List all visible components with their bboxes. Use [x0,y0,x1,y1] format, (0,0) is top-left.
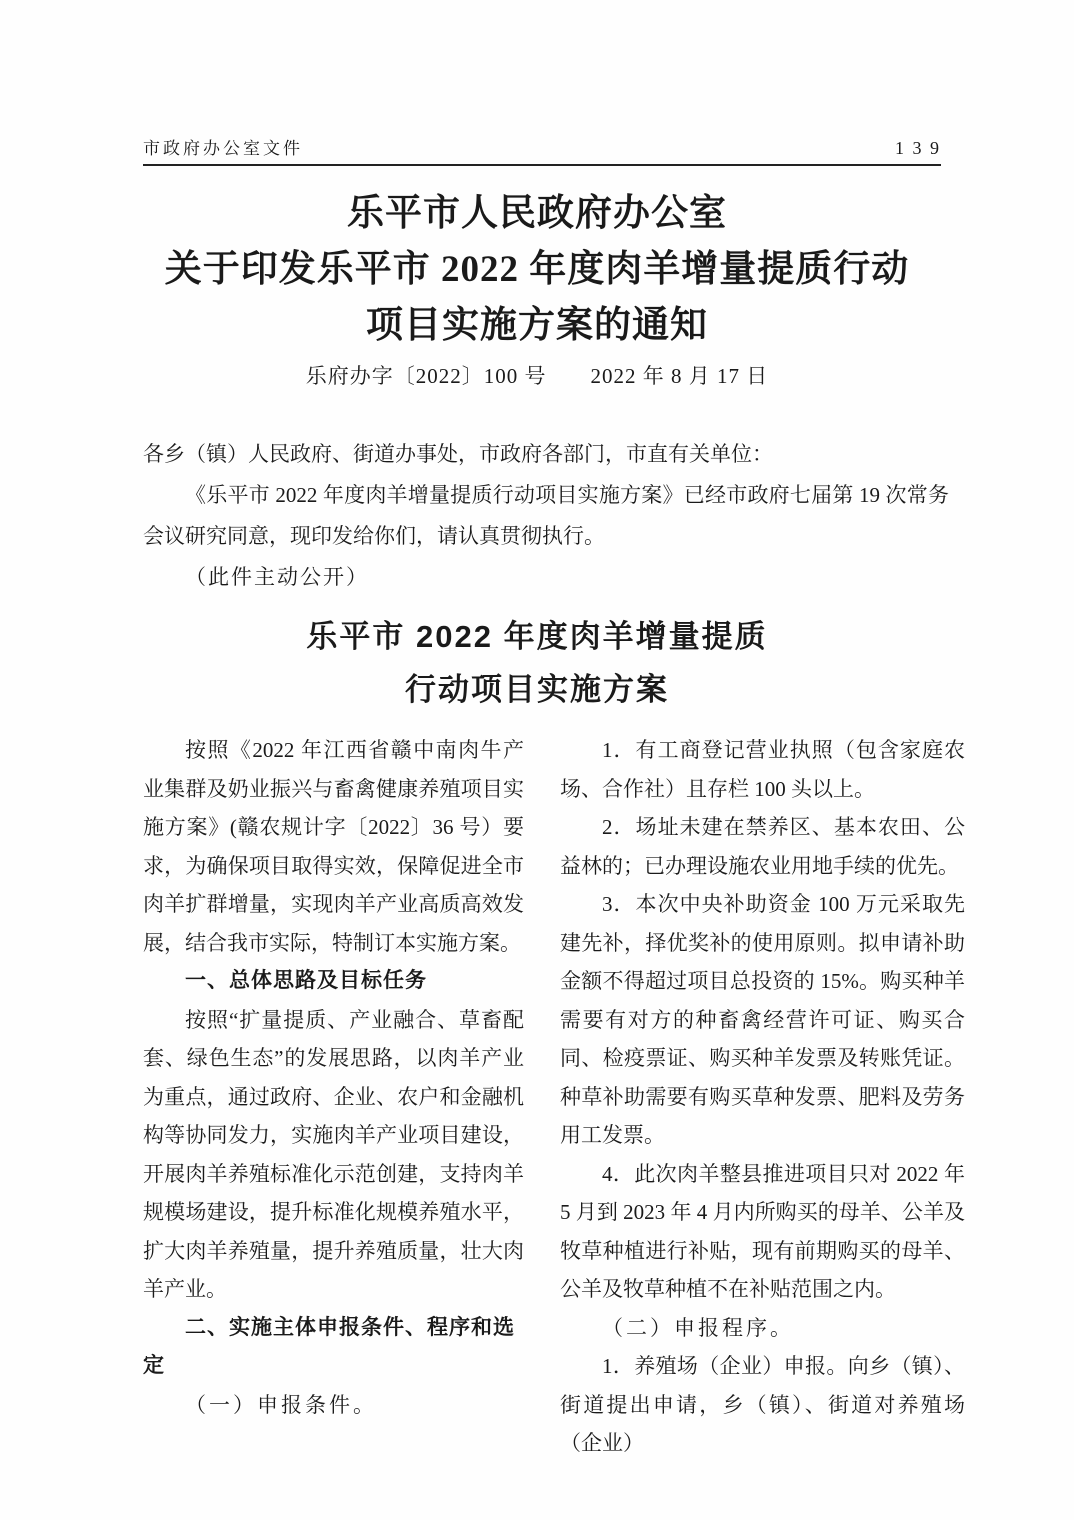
left-paragraph-1: 按照《2022 年江西省赣中南肉牛产业集群及奶业振兴与畜禽健康养殖项目实施方案》… [143,731,524,962]
plan-title-line-1: 乐平市 2022 年度肉羊增量提质 [0,610,1074,663]
condition-item-1: 1．有工商登记营业执照（包含家庭农场、合作社）且存栏 100 头以上。 [560,731,965,808]
notice-title-line-2: 关于印发乐平市 2022 年度肉羊增量提质行动 [0,242,1074,298]
header-page-number: 1 3 9 [895,138,941,159]
notice-intro: 各乡（镇）人民政府、街道办事处，市政府各部门，市直有关单位： 《乐平市 2022… [143,434,949,598]
sub-heading-application-procedure: （二）申报程序。 [560,1309,965,1348]
disclosure-note: （此件主动公开） [143,557,949,598]
plan-title: 乐平市 2022 年度肉羊增量提质 行动项目实施方案 [0,610,1074,716]
condition-item-4: 4．此次肉羊整县推进项目只对 2022 年 5 月到 2023 年 4 月内所购… [560,1155,965,1309]
plan-title-line-2: 行动项目实施方案 [0,663,1074,716]
plan-body-columns: 按照《2022 年江西省赣中南肉牛产业集群及奶业振兴与畜禽健康养殖项目实施方案》… [143,731,965,1463]
document-page: 市政府办公室文件 1 3 9 乐平市人民政府办公室 关于印发乐平市 2022 年… [0,0,1074,1520]
recipients-line: 各乡（镇）人民政府、街道办事处，市政府各部门，市直有关单位： [143,434,949,475]
left-column: 按照《2022 年江西省赣中南肉牛产业集群及奶业振兴与畜禽健康养殖项目实施方案》… [143,731,524,1463]
notice-title-line-1: 乐平市人民政府办公室 [0,186,1074,242]
notice-title: 乐平市人民政府办公室 关于印发乐平市 2022 年度肉羊增量提质行动 项目实施方… [0,186,1074,354]
notice-title-line-3: 项目实施方案的通知 [0,298,1074,354]
procedure-item-1: 1．养殖场（企业）申报。向乡（镇）、街道提出申请，乡（镇）、街道对养殖场（企业） [560,1347,965,1463]
notice-body-paragraph: 《乐平市 2022 年度肉羊增量提质行动项目实施方案》已经市政府七届第 19 次… [143,475,949,557]
condition-item-2: 2．场址未建在禁养区、基本农田、公益林的；已办理设施农业用地手续的优先。 [560,808,965,885]
left-paragraph-2: 按照“扩量提质、产业融合、草畜配套、绿色生态”的发展思路，以肉羊产业为重点，通过… [143,1001,524,1309]
section-heading-1: 一、总体思路及目标任务 [143,962,524,1001]
header-doc-type: 市政府办公室文件 [143,134,303,159]
sub-heading-application-conditions: （一）申报条件。 [143,1386,524,1425]
doc-number-and-date: 乐府办字〔2022〕100 号 2022 年 8 月 17 日 [0,360,1074,390]
header-rule [143,164,941,166]
page-header: 市政府办公室文件 1 3 9 [143,134,941,159]
section-heading-2: 二、实施主体申报条件、程序和选定 [143,1309,524,1386]
condition-item-3: 3．本次中央补助资金 100 万元采取先建先补，择优奖补的使用原则。拟申请补助金… [560,885,965,1155]
right-column: 1．有工商登记营业执照（包含家庭农场、合作社）且存栏 100 头以上。 2．场址… [560,731,965,1463]
